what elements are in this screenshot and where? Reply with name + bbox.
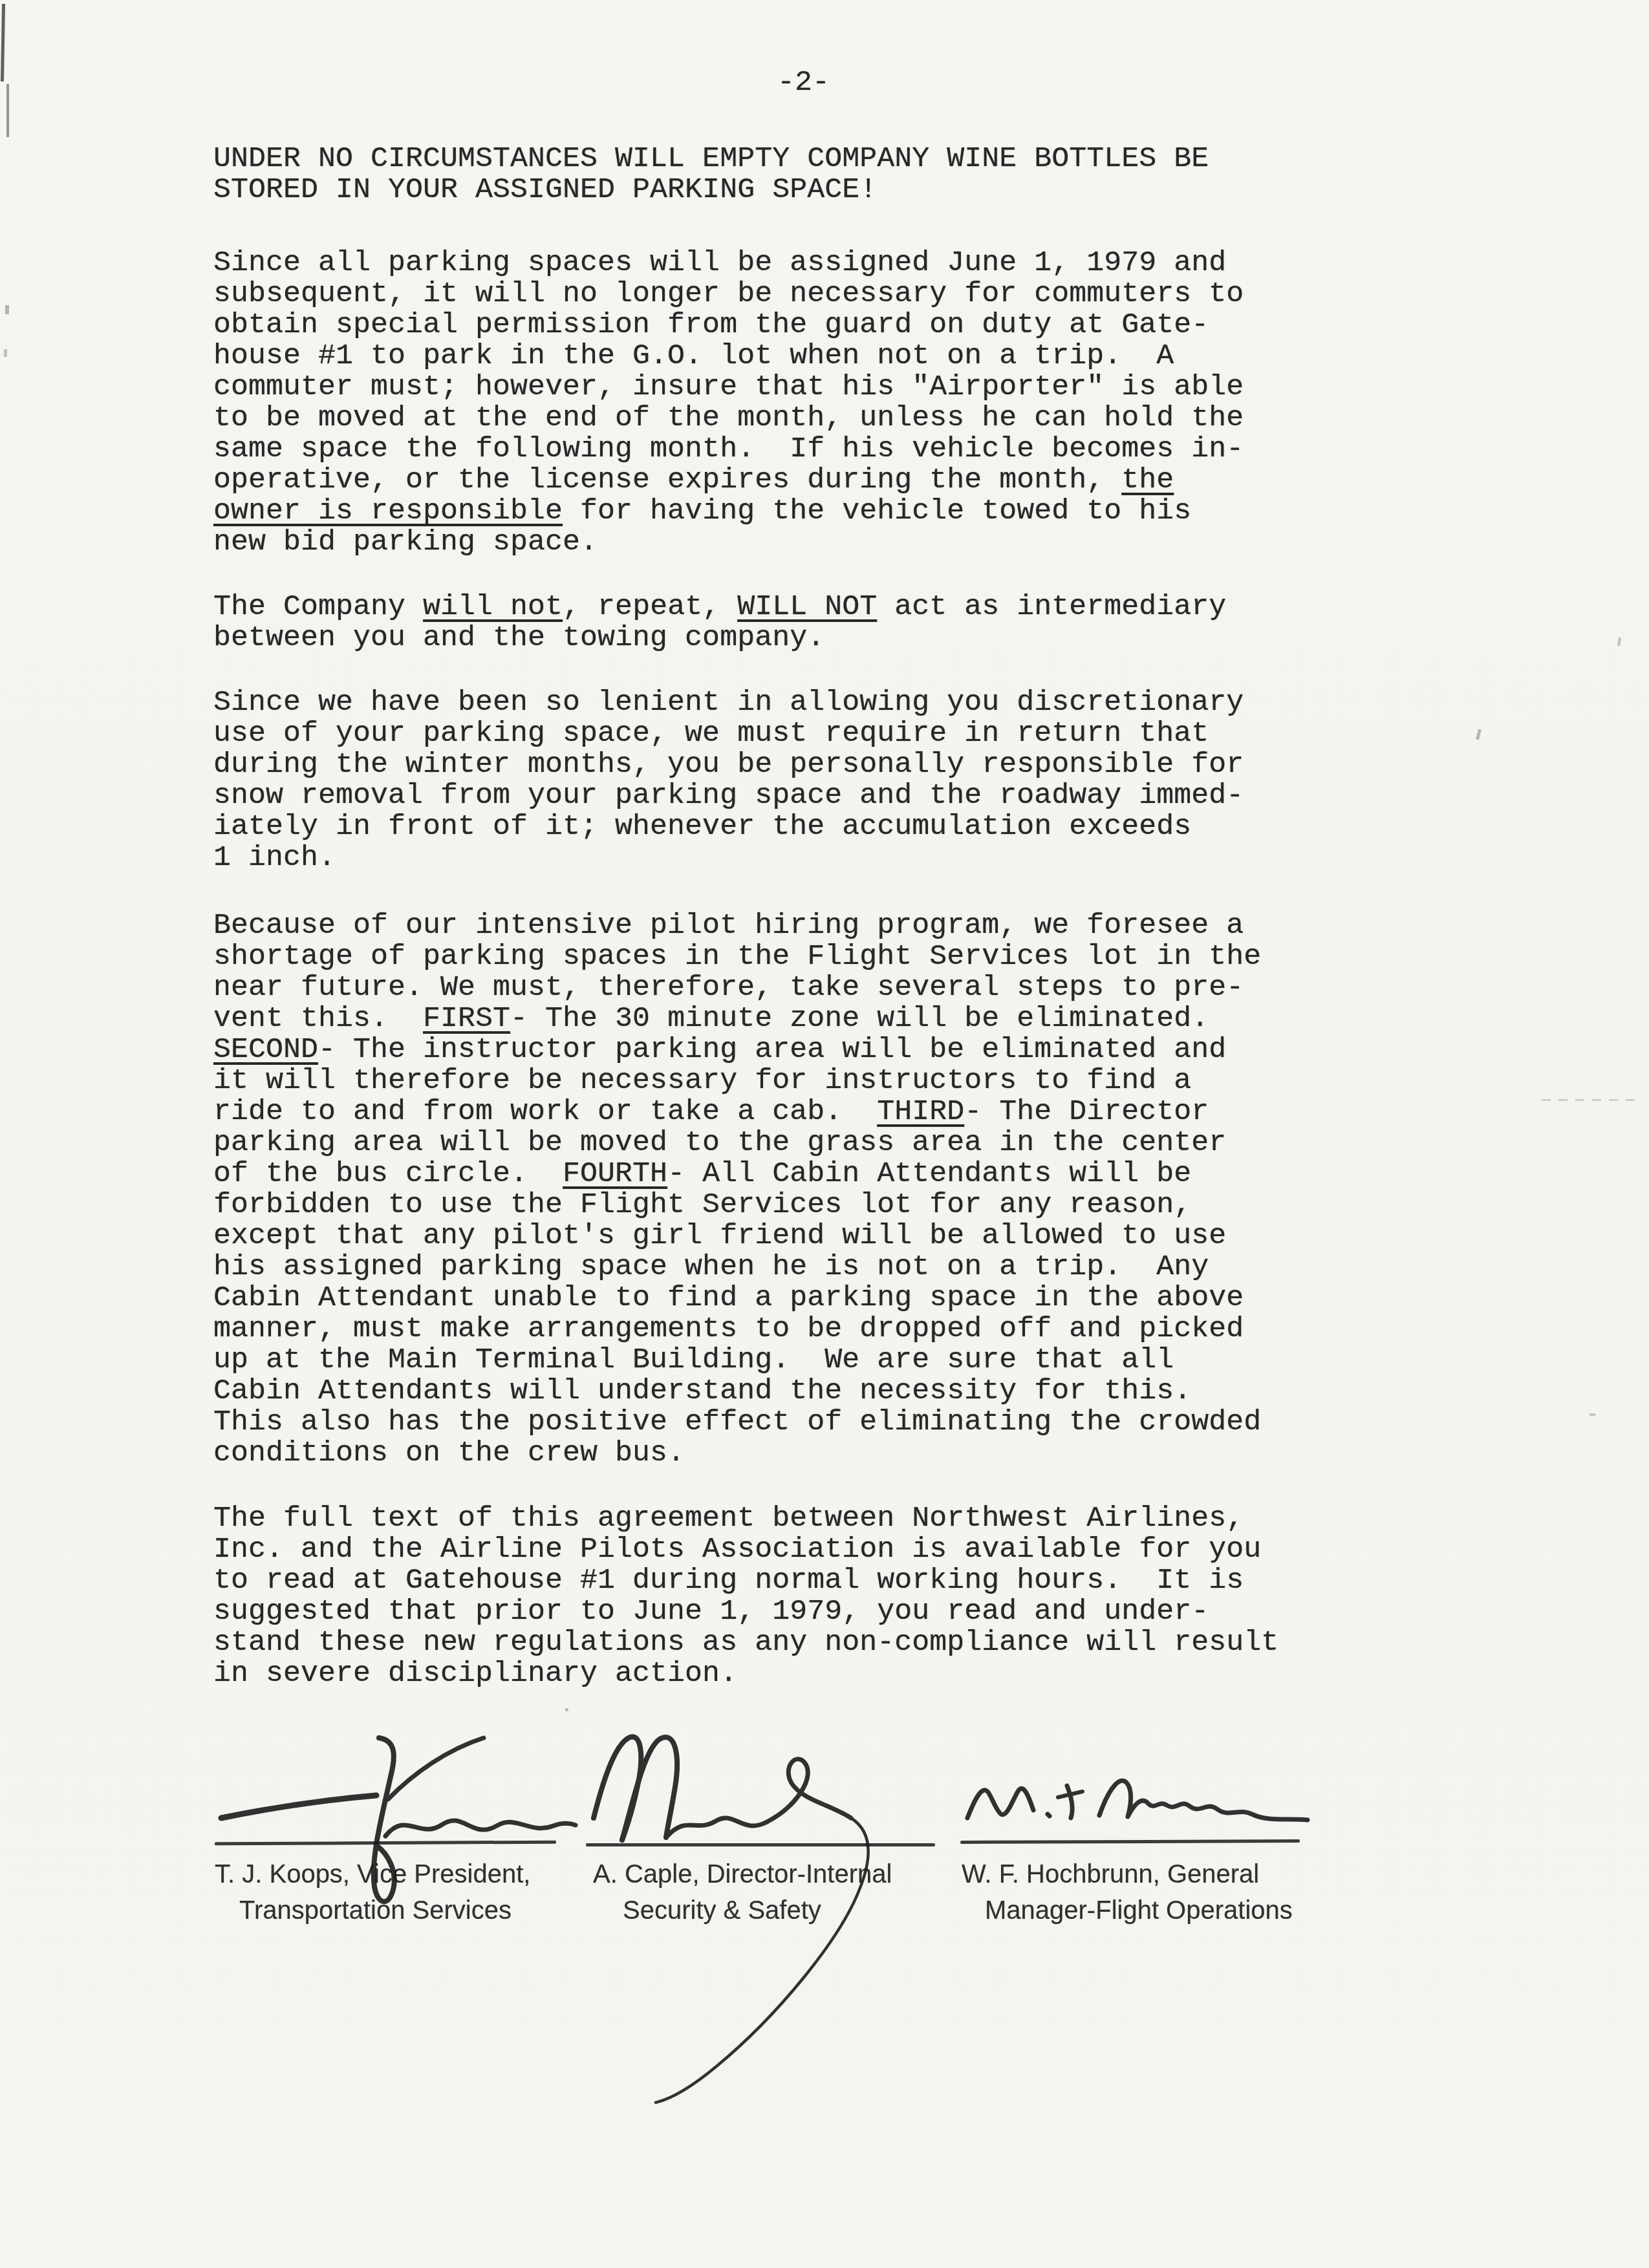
scan-speck [1590, 1413, 1595, 1416]
signature-koops-icon [221, 1738, 576, 1901]
scan-dashed-mark [1542, 1099, 1639, 1101]
scan-speck [4, 349, 7, 357]
scan-edge-mark [6, 84, 9, 137]
document-page: -2- UNDER NO CIRCUMSTANCES WILL EMPTY CO… [0, 0, 1649, 2268]
signature-caple-icon [594, 1737, 868, 2102]
scan-speck [5, 305, 9, 314]
signatures-overlay [0, 0, 1649, 2268]
scan-speck [565, 1708, 568, 1711]
signature-hochbrunn-icon [967, 1781, 1308, 1820]
